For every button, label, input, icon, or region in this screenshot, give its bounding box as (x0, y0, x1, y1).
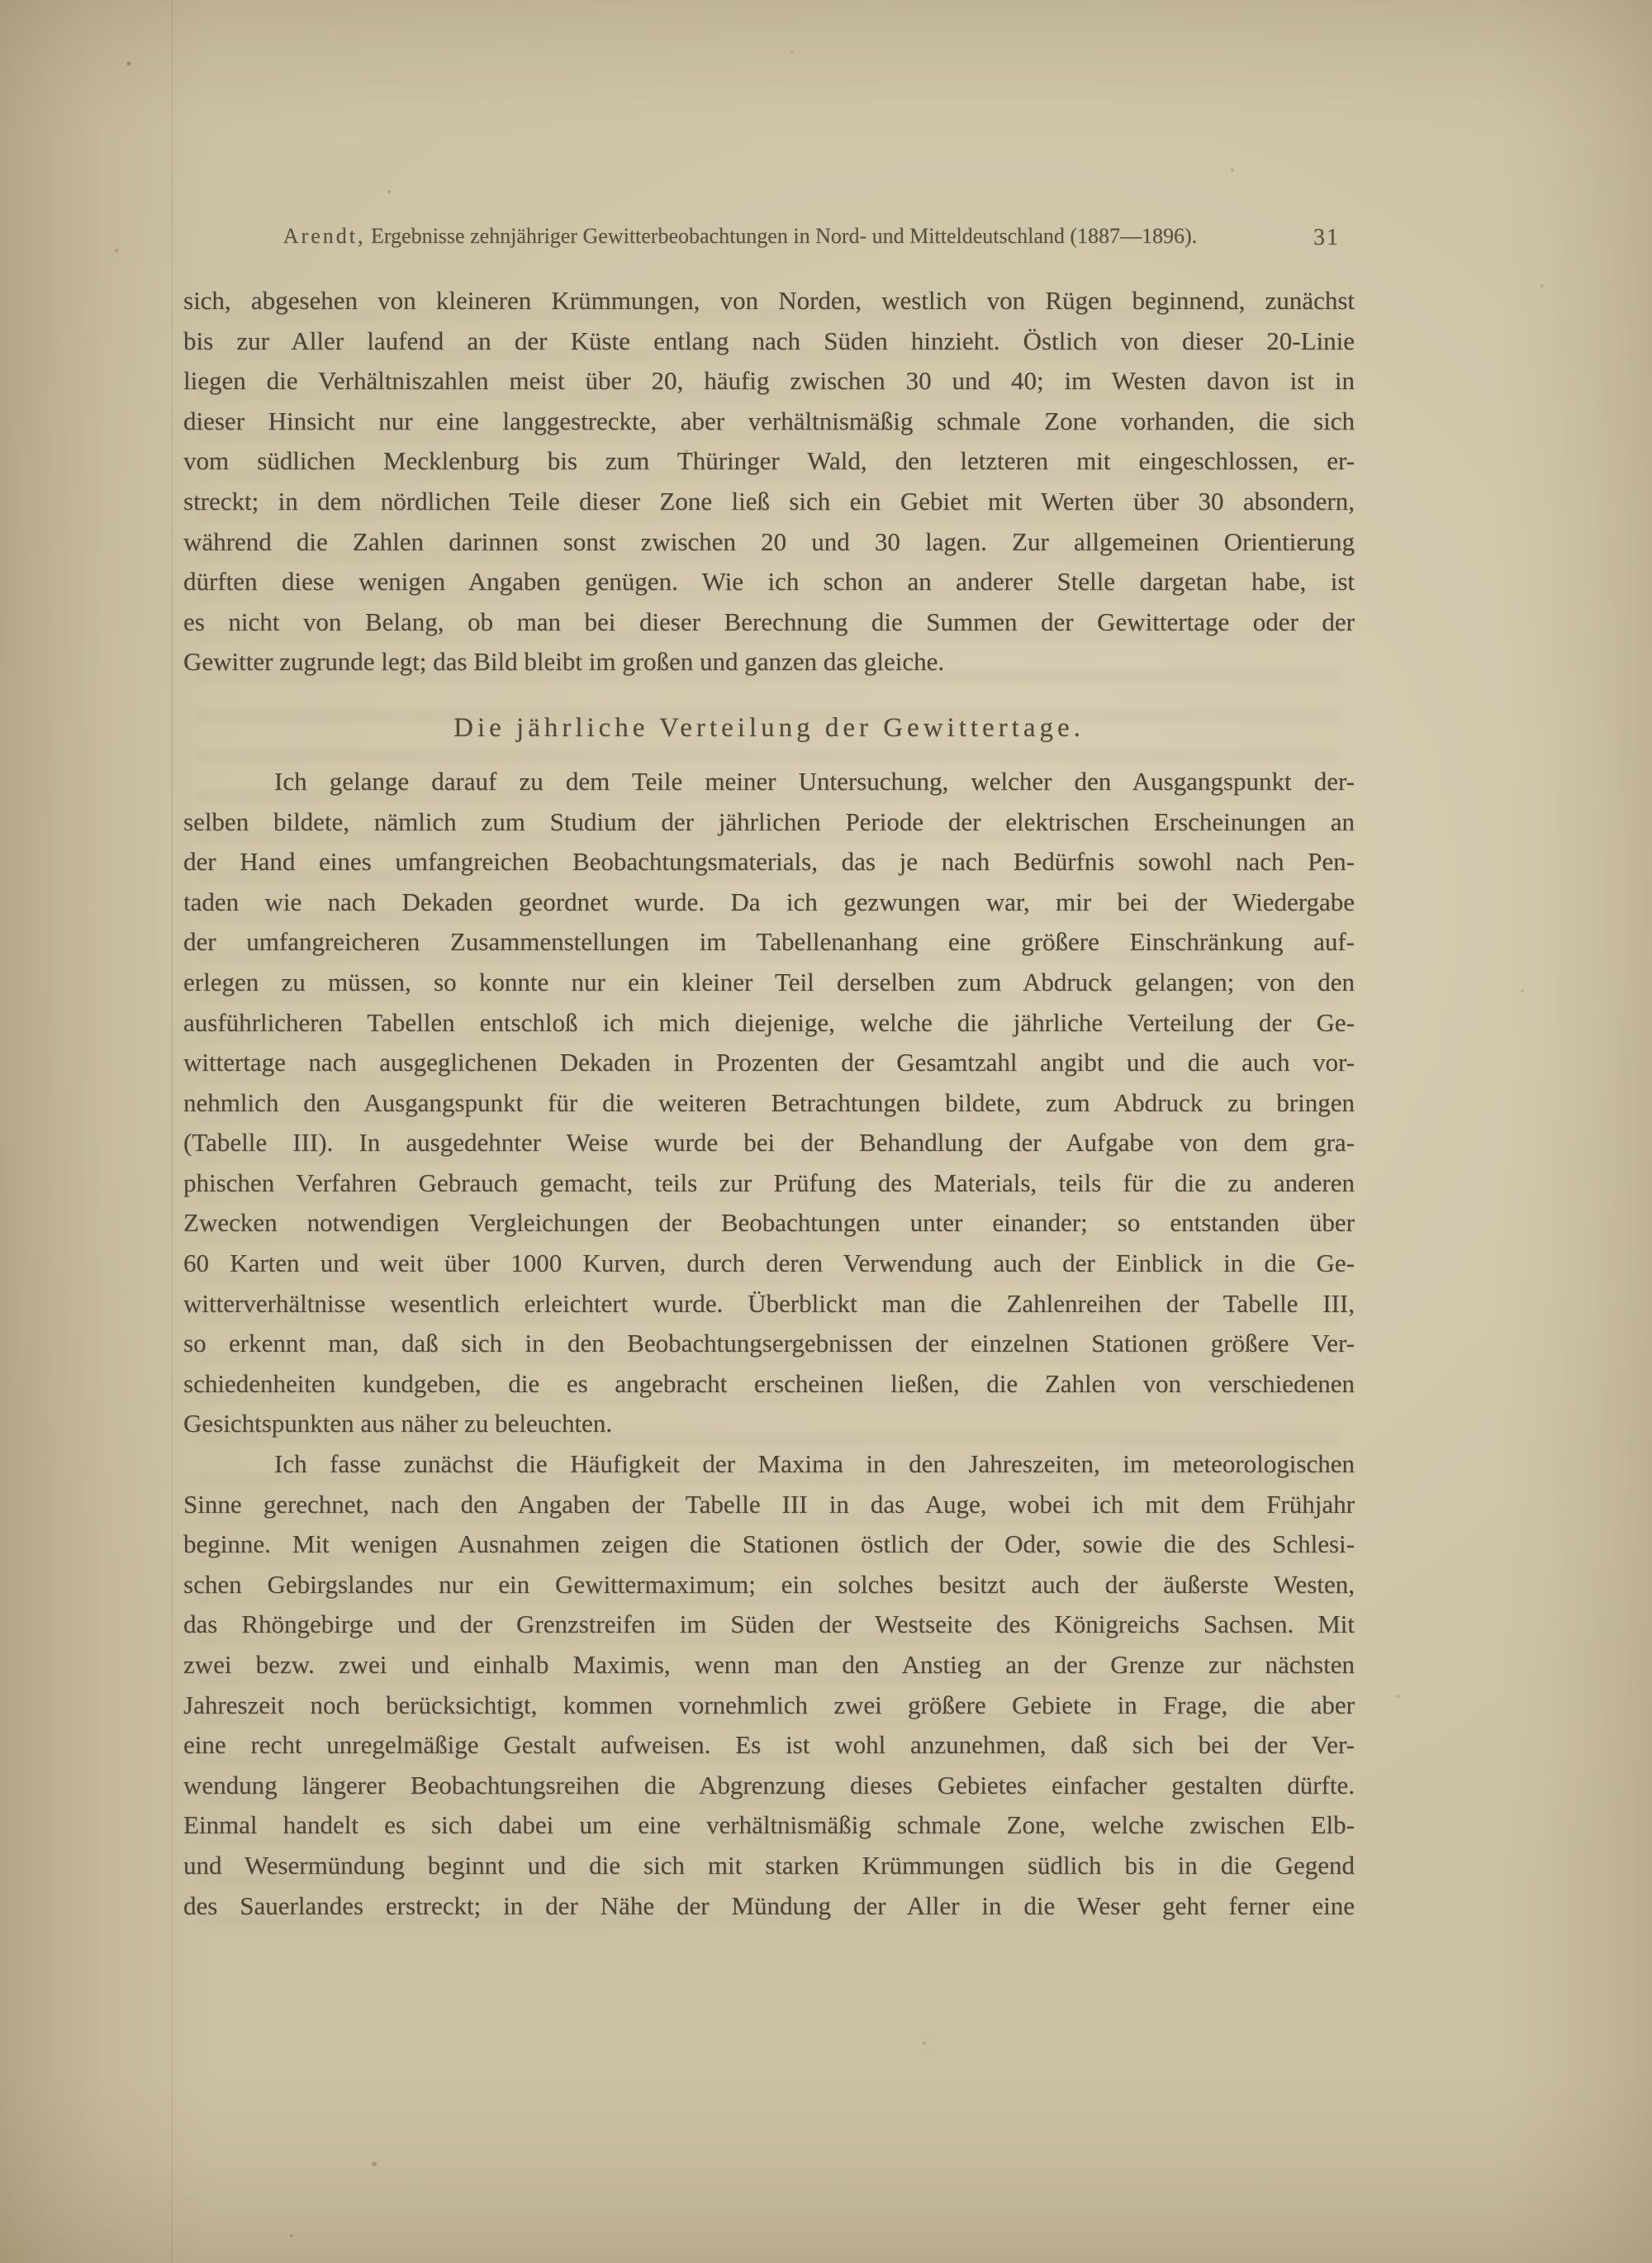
scanned-book-page: { "document": { "colors": { "paper": "#c… (0, 0, 1652, 2263)
text-line: Ich gelange darauf zu dem Teile meiner U… (183, 762, 1355, 802)
page-crease (171, 0, 174, 2263)
text-line: phischen Verfahren Gebrauch gemacht, tei… (183, 1163, 1355, 1204)
page-number: 31 (1313, 221, 1340, 254)
text-line: Ich fasse zunächst die Häufigkeit der Ma… (183, 1444, 1355, 1485)
text-line: ausführlicheren Tabellen entschloß ich m… (183, 1003, 1355, 1044)
text-line: witterverhältnisse wesentlich erleichter… (183, 1284, 1355, 1324)
text-line: Einmal handelt es sich dabei um eine ver… (183, 1805, 1355, 1846)
author-name: Arendt, (283, 224, 366, 248)
text-line: schiedenheiten kundgeben, die es angebra… (183, 1364, 1355, 1405)
text-line: taden wie nach Dekaden geordnet wurde. D… (183, 882, 1355, 923)
text-block: sich, abgesehen von kleineren Krümmungen… (183, 281, 1355, 1926)
text-line: bis zur Aller laufend an der Küste entla… (183, 321, 1355, 362)
text-line: so erkennt man, daß sich in den Beobacht… (183, 1324, 1355, 1364)
text-line: schen Gebirgslandes nur ein Gewittermaxi… (183, 1565, 1355, 1605)
paragraph: Ich fasse zunächst die Häufigkeit der Ma… (183, 1444, 1355, 1926)
text-line: wittertage nach ausgeglichenen Dekaden i… (183, 1043, 1355, 1083)
text-line: erlegen zu müssen, so konnte nur ein kle… (183, 963, 1355, 1003)
text-line: zwei bezw. zwei und einhalb Maximis, wen… (183, 1645, 1355, 1685)
running-header-title: Arendt, Ergebnisse zehnjähriger Gewitter… (183, 220, 1355, 253)
text-line: dürften diese wenigen Angaben genügen. W… (183, 562, 1355, 602)
paragraph: Ich gelange darauf zu dem Teile meiner U… (183, 762, 1355, 1444)
text-line: eine recht unregelmäßige Gestalt aufweis… (183, 1725, 1355, 1766)
text-line: Jahreszeit noch berücksichtigt, kommen v… (183, 1685, 1355, 1726)
text-line: Gesichtspunkten aus näher zu beleuchten. (183, 1404, 1355, 1444)
text-line: Gewitter zugrunde legt; das Bild bleibt … (183, 642, 1355, 682)
running-header: Arendt, Ergebnisse zehnjähriger Gewitter… (183, 220, 1355, 256)
text-line: der umfangreicheren Zusammenstellungen i… (183, 922, 1355, 963)
text-line: es nicht von Belang, ob man bei dieser B… (183, 602, 1355, 643)
text-line: während die Zahlen darinnen sonst zwisch… (183, 522, 1355, 563)
text-line: beginne. Mit wenigen Ausnahmen zeigen di… (183, 1524, 1355, 1565)
text-line: Sinne gerechnet, nach den Angaben der Ta… (183, 1485, 1355, 1525)
text-line: Zwecken notwendigen Vergleichungen der B… (183, 1203, 1355, 1243)
text-line: dieser Hinsicht nur eine langgestreckte,… (183, 402, 1355, 442)
running-header-rest: Ergebnisse zehnjähriger Gewitterbeobacht… (371, 224, 1197, 248)
text-line: liegen die Verhältniszahlen meist über 2… (183, 361, 1355, 402)
text-line: und Wesermündung beginnt und die sich mi… (183, 1846, 1355, 1886)
text-line: vom südlichen Mecklenburg bis zum Thürin… (183, 441, 1355, 482)
text-line: das Rhöngebirge und der Grenzstreifen im… (183, 1605, 1355, 1645)
paper-specks (0, 0, 2, 2)
paragraph: sich, abgesehen von kleineren Krümmungen… (183, 281, 1355, 682)
text-line: nehmlich den Ausgangspunkt für die weite… (183, 1083, 1355, 1124)
section-heading: Die jährliche Verteilung der Gewittertag… (183, 708, 1355, 748)
text-line: (Tabelle III). In ausgedehnter Weise wur… (183, 1123, 1355, 1163)
text-line: selben bildete, nämlich zum Studium der … (183, 802, 1355, 843)
text-line: 60 Karten und weit über 1000 Kurven, dur… (183, 1243, 1355, 1284)
text-line: des Sauerlandes erstreckt; in der Nähe d… (183, 1886, 1355, 1927)
text-line: sich, abgesehen von kleineren Krümmungen… (183, 281, 1355, 321)
text-line: der Hand eines umfangreichen Beobachtung… (183, 842, 1355, 882)
text-line: streckt; in dem nördlichen Teile dieser … (183, 482, 1355, 522)
text-line: wendung längerer Beobachtungsreihen die … (183, 1766, 1355, 1806)
